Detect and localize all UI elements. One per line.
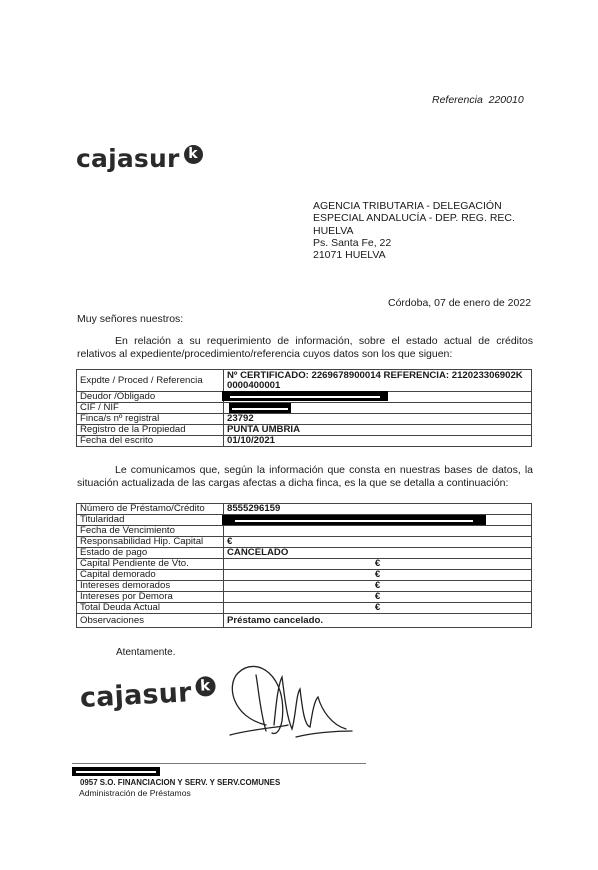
table-row: CIF / NIF xyxy=(77,403,532,414)
salutation: Muy señores nuestros: xyxy=(77,313,183,325)
row-value-redacted xyxy=(224,392,532,403)
brand-k-icon: k xyxy=(184,145,203,164)
row-value xyxy=(224,526,532,537)
row-label: Total Deuda Actual xyxy=(77,603,224,614)
row-label: Expdte / Proced / Referencia xyxy=(77,370,224,392)
row-value: € xyxy=(224,559,532,570)
row-label: CIF / NIF xyxy=(77,403,224,414)
closing: Atentamente. xyxy=(116,647,175,658)
table-row: Titularidad xyxy=(77,515,532,526)
row-value: 8555296159 xyxy=(224,504,532,515)
address-line: ESPECIAL ANDALUCÍA - DEP. REG. REC. xyxy=(313,212,515,224)
case-table: Expdte / Proced / Referencia Nº CERTIFIC… xyxy=(76,369,532,447)
row-value: € xyxy=(224,603,532,614)
intro-text: En relación a su requerimiento de inform… xyxy=(77,335,533,360)
address-line: AGENCIA TRIBUTARIA - DELEGACIÓN xyxy=(313,200,515,212)
signature-icon xyxy=(222,655,362,745)
row-value: Préstamo cancelado. xyxy=(224,614,532,628)
row-value: € xyxy=(224,592,532,603)
row-label: Intereses por Demora xyxy=(77,592,224,603)
table-row: Fecha del escrito 01/10/2021 xyxy=(77,436,532,447)
address-line: 21071 HUELVA xyxy=(313,249,515,261)
table-row: Finca/s nº registral 23792 xyxy=(77,414,532,425)
brand-stamp: cajasurk xyxy=(79,676,216,714)
brand-name: cajasur xyxy=(76,144,180,173)
row-label: Intereses demorados xyxy=(77,581,224,592)
row-value: PUNTA UMBRIA xyxy=(224,425,532,436)
loan-table: Número de Préstamo/Crédito 8555296159 Ti… xyxy=(76,503,532,628)
table-row: Capital Pendiente de Vto. € xyxy=(77,559,532,570)
row-value: Nº CERTIFICADO: 2269678900014 REFERENCIA… xyxy=(224,370,532,392)
table-row: Observaciones Préstamo cancelado. xyxy=(77,614,532,628)
address-line: HUELVA xyxy=(313,225,515,237)
unit: Administración de Préstamos xyxy=(79,788,191,798)
place-date: Córdoba, 07 de enero de 2022 xyxy=(388,297,531,309)
row-label: Número de Préstamo/Crédito xyxy=(77,504,224,515)
stamp-k-icon: k xyxy=(195,676,216,697)
table-row: Deudor /Obligado xyxy=(77,392,532,403)
table-row: Intereses por Demora € xyxy=(77,592,532,603)
row-label: Capital Pendiente de Vto. xyxy=(77,559,224,570)
row-value: € xyxy=(224,581,532,592)
row-value: CANCELADO xyxy=(224,548,532,559)
table-row: Capital demorado € xyxy=(77,570,532,581)
row-label: Estado de pago xyxy=(77,548,224,559)
row-value-redacted xyxy=(224,515,532,526)
table-row: Intereses demorados € xyxy=(77,581,532,592)
row-label: Deudor /Obligado xyxy=(77,392,224,403)
stamp-brand-name: cajasur xyxy=(79,677,192,714)
row-label: Capital demorado xyxy=(77,570,224,581)
redaction-bar xyxy=(222,391,388,401)
status-text: Le comunicamos que, según la información… xyxy=(77,464,533,489)
intro-paragraph: En relación a su requerimiento de inform… xyxy=(77,335,533,360)
row-label: Finca/s nº registral xyxy=(77,414,224,425)
row-label: Observaciones xyxy=(77,614,224,628)
reference-label: Referencia xyxy=(432,94,483,106)
signer-name-redacted xyxy=(72,767,160,776)
table-row: Responsabilidad Hip. Capital € xyxy=(77,537,532,548)
signature-line xyxy=(72,763,366,764)
reference: Referencia 220010 xyxy=(432,94,524,106)
row-value: € xyxy=(224,537,532,548)
table-row: Número de Préstamo/Crédito 8555296159 xyxy=(77,504,532,515)
brand-logo: cajasurk xyxy=(76,144,203,173)
row-label: Fecha de Vencimiento xyxy=(77,526,224,537)
table-row: Fecha de Vencimiento xyxy=(77,526,532,537)
row-label: Registro de la Propiedad xyxy=(77,425,224,436)
row-value-redacted xyxy=(224,403,532,414)
table-row: Registro de la Propiedad PUNTA UMBRIA xyxy=(77,425,532,436)
row-label: Responsabilidad Hip. Capital xyxy=(77,537,224,548)
status-paragraph: Le comunicamos que, según la información… xyxy=(77,464,533,489)
recipient-address: AGENCIA TRIBUTARIA - DELEGACIÓN ESPECIAL… xyxy=(313,200,515,261)
table-row: Expdte / Proced / Referencia Nº CERTIFIC… xyxy=(77,370,532,392)
table-row: Estado de pago CANCELADO xyxy=(77,548,532,559)
department: 0957 S.O. FINANCIACION Y SERV. Y SERV.CO… xyxy=(80,777,280,787)
redaction-bar xyxy=(229,403,291,413)
row-label: Titularidad xyxy=(77,515,224,526)
table-row: Total Deuda Actual € xyxy=(77,603,532,614)
reference-number: 220010 xyxy=(489,94,524,106)
address-line: Ps. Santa Fe, 22 xyxy=(313,237,515,249)
row-label: Fecha del escrito xyxy=(77,436,224,447)
row-value: € xyxy=(224,570,532,581)
row-value: 01/10/2021 xyxy=(224,436,532,447)
row-value: 23792 xyxy=(224,414,532,425)
redaction-bar xyxy=(222,515,486,525)
